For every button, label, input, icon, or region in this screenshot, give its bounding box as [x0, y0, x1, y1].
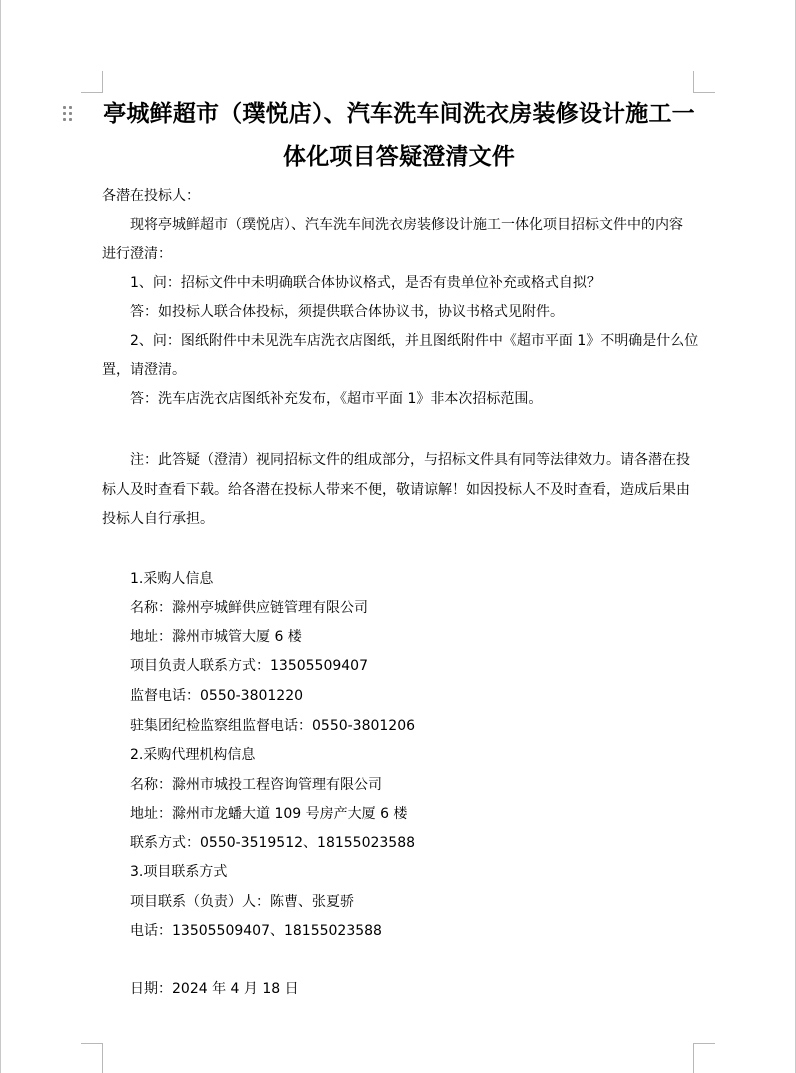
intro-text-line-1: 现将亭城鲜超市（璞悦店）、汽车洗车间洗衣房装修设计施工一体化项目招标文件中的内容 — [130, 216, 683, 234]
project-contact-persons: 项目联系（负责）人：陈曹、张夏骄 — [130, 893, 354, 911]
question-2-line-2: 置，请澄清。 — [102, 361, 186, 379]
document-title-line-2: 体化项目答疑澄清文件 — [91, 143, 707, 171]
purchaser-project-contact: 项目负责人联系方式：13505509407 — [130, 657, 368, 675]
answer-1: 答：如投标人联合体投标，须提供联合体协议书，协议书格式见附件。 — [130, 303, 564, 321]
agency-heading: 2.采购代理机构信息 — [130, 746, 255, 764]
note-line-1: 注：此答疑（澄清）视同招标文件的组成部分，与招标文件具有同等法律效力。请各潜在投 — [130, 451, 690, 469]
answer-2: 答：洗车店洗衣店图纸补充发布，《超市平面 1》非本次招标范围。 — [130, 390, 542, 408]
document-page: 亭城鲜超市（璞悦店）、汽车洗车间洗衣房装修设计施工一 体化项目答疑澄清文件 各潜… — [0, 0, 796, 1073]
bottom-right-margin-marker — [693, 1043, 715, 1073]
document-date: 日期：2024 年 4 月 18 日 — [130, 980, 299, 998]
project-contact-phone: 电话：13505509407、18155023588 — [130, 922, 382, 940]
purchaser-discipline-phone: 驻集团纪检监察组监督电话：0550-3801206 — [130, 717, 415, 735]
top-right-margin-marker — [693, 71, 715, 93]
bottom-left-margin-marker — [81, 1043, 103, 1073]
salutation: 各潜在投标人： — [102, 187, 200, 205]
agency-address: 地址：滁州市龙蟠大道 109 号房产大厦 6 楼 — [130, 805, 407, 823]
document-title-line-1: 亭城鲜超市（璞悦店）、汽车洗车间洗衣房装修设计施工一 — [91, 100, 707, 128]
top-left-margin-marker — [81, 71, 103, 93]
question-2-line-1: 2、问：图纸附件中未见洗车店洗衣店图纸，并且图纸附件中《超市平面 1》不明确是什… — [130, 332, 698, 350]
question-1: 1、问：招标文件中未明确联合体协议格式，是否有贵单位补充或格式自拟？ — [130, 274, 601, 292]
note-line-2: 标人及时查看下载。给各潜在投标人带来不便，敬请谅解！如因投标人不及时查看，造成后… — [102, 481, 690, 499]
intro-text-line-2: 进行澄清： — [102, 245, 172, 263]
note-line-3: 投标人自行承担。 — [102, 510, 214, 528]
purchaser-supervision-phone: 监督电话：0550-3801220 — [130, 687, 303, 705]
purchaser-heading: 1.采购人信息 — [130, 570, 213, 588]
agency-name: 名称：滁州市城投工程咨询管理有限公司 — [130, 776, 382, 794]
project-contact-heading: 3.项目联系方式 — [130, 863, 227, 881]
agency-contact: 联系方式：0550-3519512、18155023588 — [130, 834, 415, 852]
purchaser-address: 地址：滁州市城管大厦 6 楼 — [130, 628, 302, 646]
purchaser-name: 名称：滁州亭城鲜供应链管理有限公司 — [130, 599, 368, 617]
paragraph-drag-handle-icon[interactable] — [63, 106, 73, 122]
